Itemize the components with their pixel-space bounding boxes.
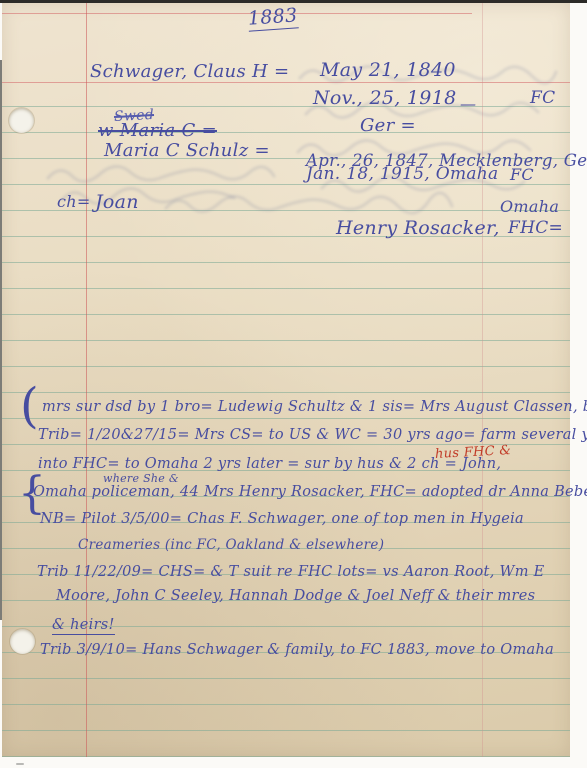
note-line: into FHC= to Omaha 2 yrs later = sur by …	[38, 456, 501, 472]
note-line: Trib 11/22/09= CHS= & T suit re FHC lots…	[37, 564, 545, 580]
husband-name: Schwager, Claus H =	[90, 61, 289, 82]
scan-speck	[16, 763, 24, 765]
hole-punch-top	[9, 108, 34, 133]
note-brace-open: (	[20, 378, 39, 434]
child-spouse-name: Henry Rosacker,	[336, 217, 500, 239]
note-line: NB= Pilot 3/5/00= Chas F. Schwager, one …	[40, 511, 524, 527]
cemetery-abbr-wife: FC	[510, 165, 534, 184]
child-name: Joan	[95, 191, 139, 213]
wife-death-date: Jan. 18, 1915, Omaha	[306, 164, 499, 184]
red-head-rule-2	[2, 82, 570, 83]
note-line: Trib= 1/20&27/15= Mrs CS= to US & WC = 3…	[38, 427, 587, 443]
scan-edge-top	[0, 0, 587, 3]
note-line: Trib 3/9/10= Hans Schwager & family, to …	[40, 642, 554, 658]
hole-punch-bottom	[10, 629, 35, 654]
scan-edge-left	[0, 60, 2, 620]
death-date: Nov., 25, 1918	[313, 87, 456, 109]
note-line: mrs sur dsd by 1 bro= Ludewig Schultz & …	[42, 399, 587, 415]
wife-name: Maria C Schulz =	[104, 140, 270, 161]
nationality: Ger =	[360, 115, 416, 136]
struck-out-name: w Maria C =	[98, 120, 217, 141]
note-line-heirs: & heirs!	[52, 617, 115, 635]
child-spouse-flag: FHC=	[508, 218, 563, 238]
death-dash: —	[460, 94, 476, 113]
scanned-ledger-page: 1883 Schwager, Claus H = May 21, 1840 No…	[0, 0, 587, 768]
red-head-rule	[2, 13, 472, 14]
children-label: ch=	[57, 192, 91, 211]
note-line: Moore, John C Seeley, Hannah Dodge & Joe…	[56, 588, 535, 604]
cemetery-abbr-husband: FC	[530, 88, 555, 108]
year-heading: 1883	[247, 4, 298, 31]
note-line: Omaha policeman, 44 Mrs Henry Rosacker, …	[33, 484, 587, 500]
child-city: Omaha	[500, 197, 559, 216]
birth-date: May 21, 1840	[320, 59, 456, 81]
note-line: Creameries (inc FC, Oakland & elsewhere)	[78, 537, 384, 553]
